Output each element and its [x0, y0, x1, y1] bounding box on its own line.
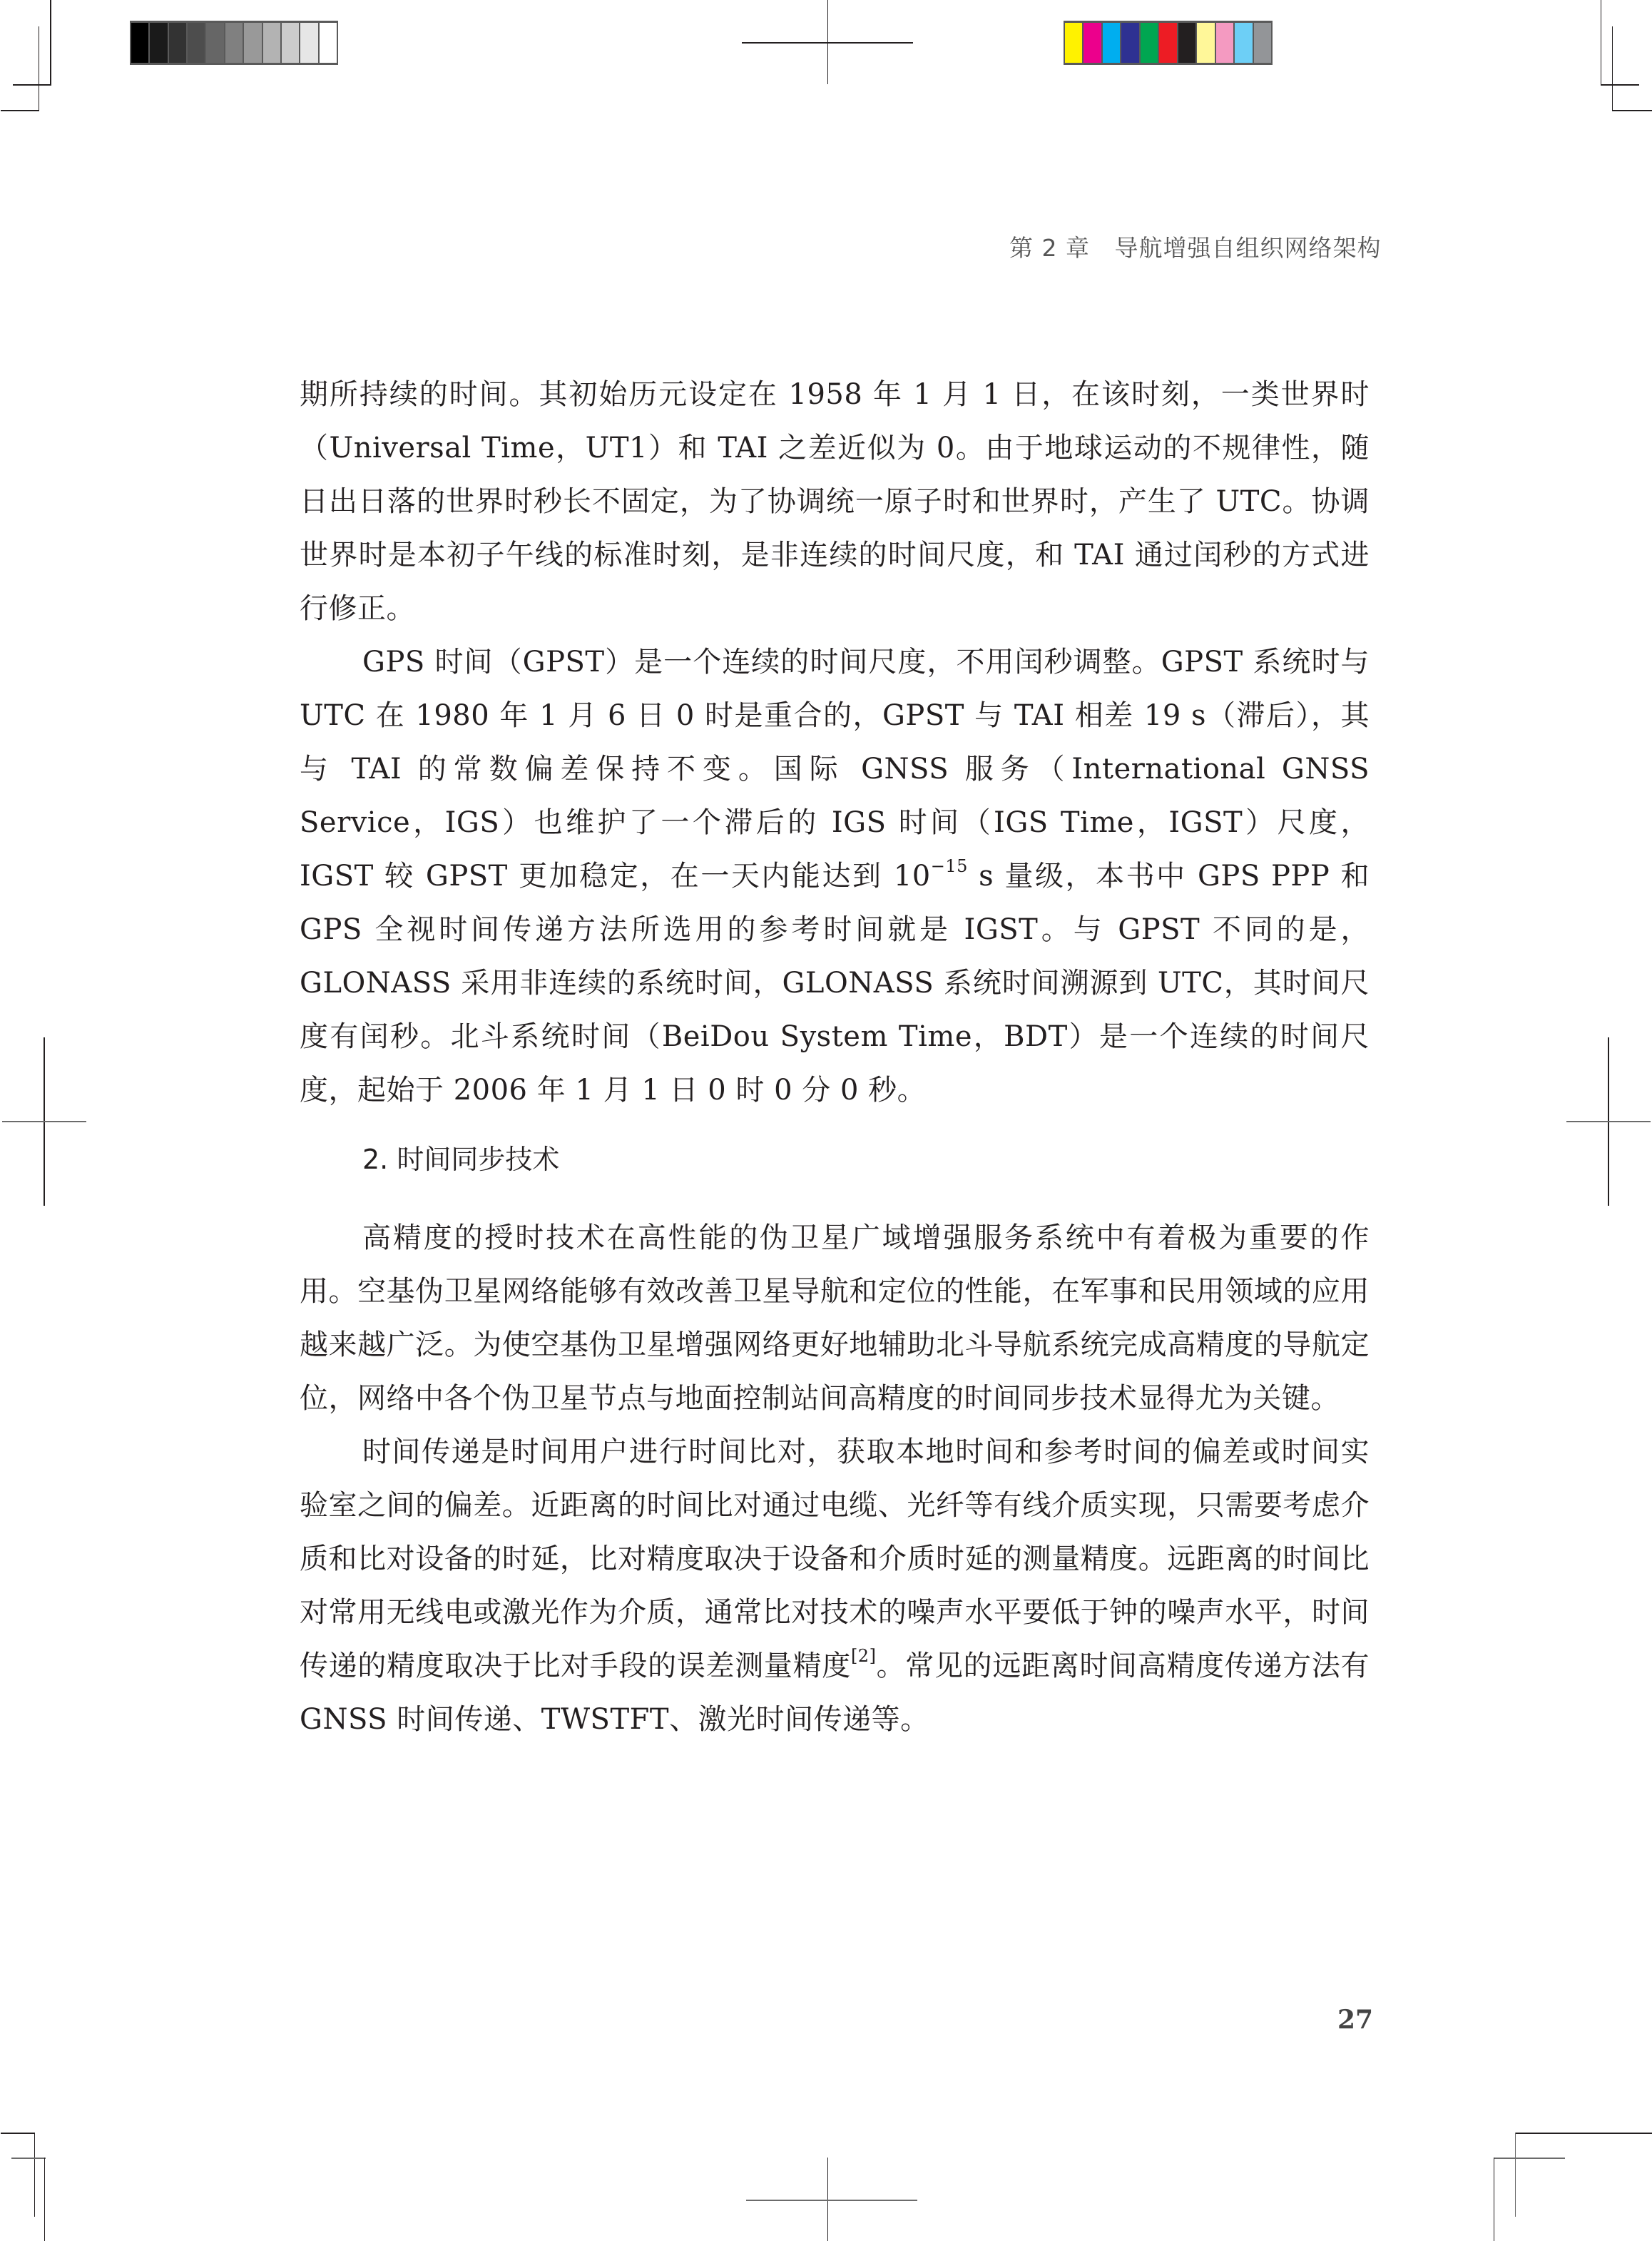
color-swatch [1103, 23, 1120, 63]
paragraph-text: 时间传递是时间用户进行时间比对，获取本地时间和参考时间的偏差或时间实验室之间的偏… [300, 1435, 1370, 1682]
crop-mark-bottom-right [1494, 2158, 1565, 2159]
crop-mark-top-right [1601, 0, 1601, 85]
color-swatch [150, 23, 167, 63]
registration-mark-right [1566, 1121, 1651, 1122]
crop-mark-top-left [13, 84, 51, 86]
color-swatch [320, 23, 337, 63]
grayscale-calibration-bar [130, 21, 338, 65]
color-swatch [1084, 23, 1101, 63]
paragraph: 高精度的授时技术在高性能的伪卫星广域增强服务系统中有着极为重要的作用。空基伪卫星… [300, 1211, 1370, 1426]
color-swatch [1216, 23, 1233, 63]
superscript-exponent: −15 [931, 856, 968, 876]
color-swatch [300, 23, 317, 63]
color-swatch [225, 23, 243, 63]
crop-mark-bottom-left [44, 2158, 45, 2241]
color-swatch [1141, 23, 1158, 63]
citation-reference: [2] [851, 1646, 877, 1666]
color-calibration-bar [1064, 21, 1273, 65]
paragraph: 时间传递是时间用户进行时间比对，获取本地时间和参考时间的偏差或时间实验室之间的偏… [300, 1426, 1370, 1747]
color-swatch [282, 23, 299, 63]
color-swatch [1235, 23, 1252, 63]
crop-mark-top-right [1612, 26, 1613, 111]
color-swatch [1159, 23, 1176, 63]
crop-mark-top-left [39, 26, 39, 111]
body-text-lower: 高精度的授时技术在高性能的伪卫星广域增强服务系统中有着极为重要的作用。空基伪卫星… [300, 1211, 1370, 1747]
body-text-upper: 期所持续的时间。其初始历元设定在 1958 年 1 月 1 日，在该时刻，一类世… [300, 368, 1370, 1117]
crop-mark-bottom-left [1, 2133, 35, 2134]
color-swatch [1197, 23, 1214, 63]
page-number: 27 [1337, 2005, 1373, 2035]
color-swatch [169, 23, 186, 63]
crop-mark-bottom-left [11, 2158, 46, 2159]
color-swatch [188, 23, 205, 63]
section-heading: 2. 时间同步技术 [362, 1137, 559, 1177]
paragraph: GPS 时间（GPST）是一个连续的时间尺度，不用闰秒调整。GPST 系统时与 … [300, 636, 1370, 1117]
color-swatch [1121, 23, 1138, 63]
registration-mark-top [742, 42, 913, 44]
crop-mark-top-right [1601, 84, 1639, 86]
registration-mark-left [2, 1121, 86, 1122]
color-swatch [263, 23, 280, 63]
crop-mark-top-left [50, 0, 51, 85]
color-swatch [131, 23, 148, 63]
crop-mark-top-left [1, 110, 39, 111]
color-swatch [244, 23, 261, 63]
paragraph-text: GPS 时间（GPST）是一个连续的时间尺度，不用闰秒调整。GPST 系统时与 … [300, 646, 1370, 893]
crop-mark-bottom-right [1515, 2133, 1652, 2134]
color-swatch [1178, 23, 1195, 63]
paragraph: 期所持续的时间。其初始历元设定在 1958 年 1 月 1 日，在该时刻，一类世… [300, 368, 1370, 636]
running-head: 第 2 章 导航增强自组织网络架构 [1009, 230, 1381, 263]
color-swatch [1254, 23, 1271, 63]
paragraph-text: s 量级，本书中 GPS PPP 和 GPS 全视时间传递方法所选用的参考时间就… [300, 860, 1370, 1107]
registration-mark-bottom [746, 2200, 917, 2201]
crop-mark-bottom-right [1494, 2158, 1494, 2241]
crop-mark-top-right [1612, 110, 1652, 111]
color-swatch [1065, 23, 1082, 63]
crop-mark-bottom-right [1515, 2133, 1516, 2217]
color-swatch [206, 23, 223, 63]
crop-mark-bottom-left [34, 2133, 35, 2217]
